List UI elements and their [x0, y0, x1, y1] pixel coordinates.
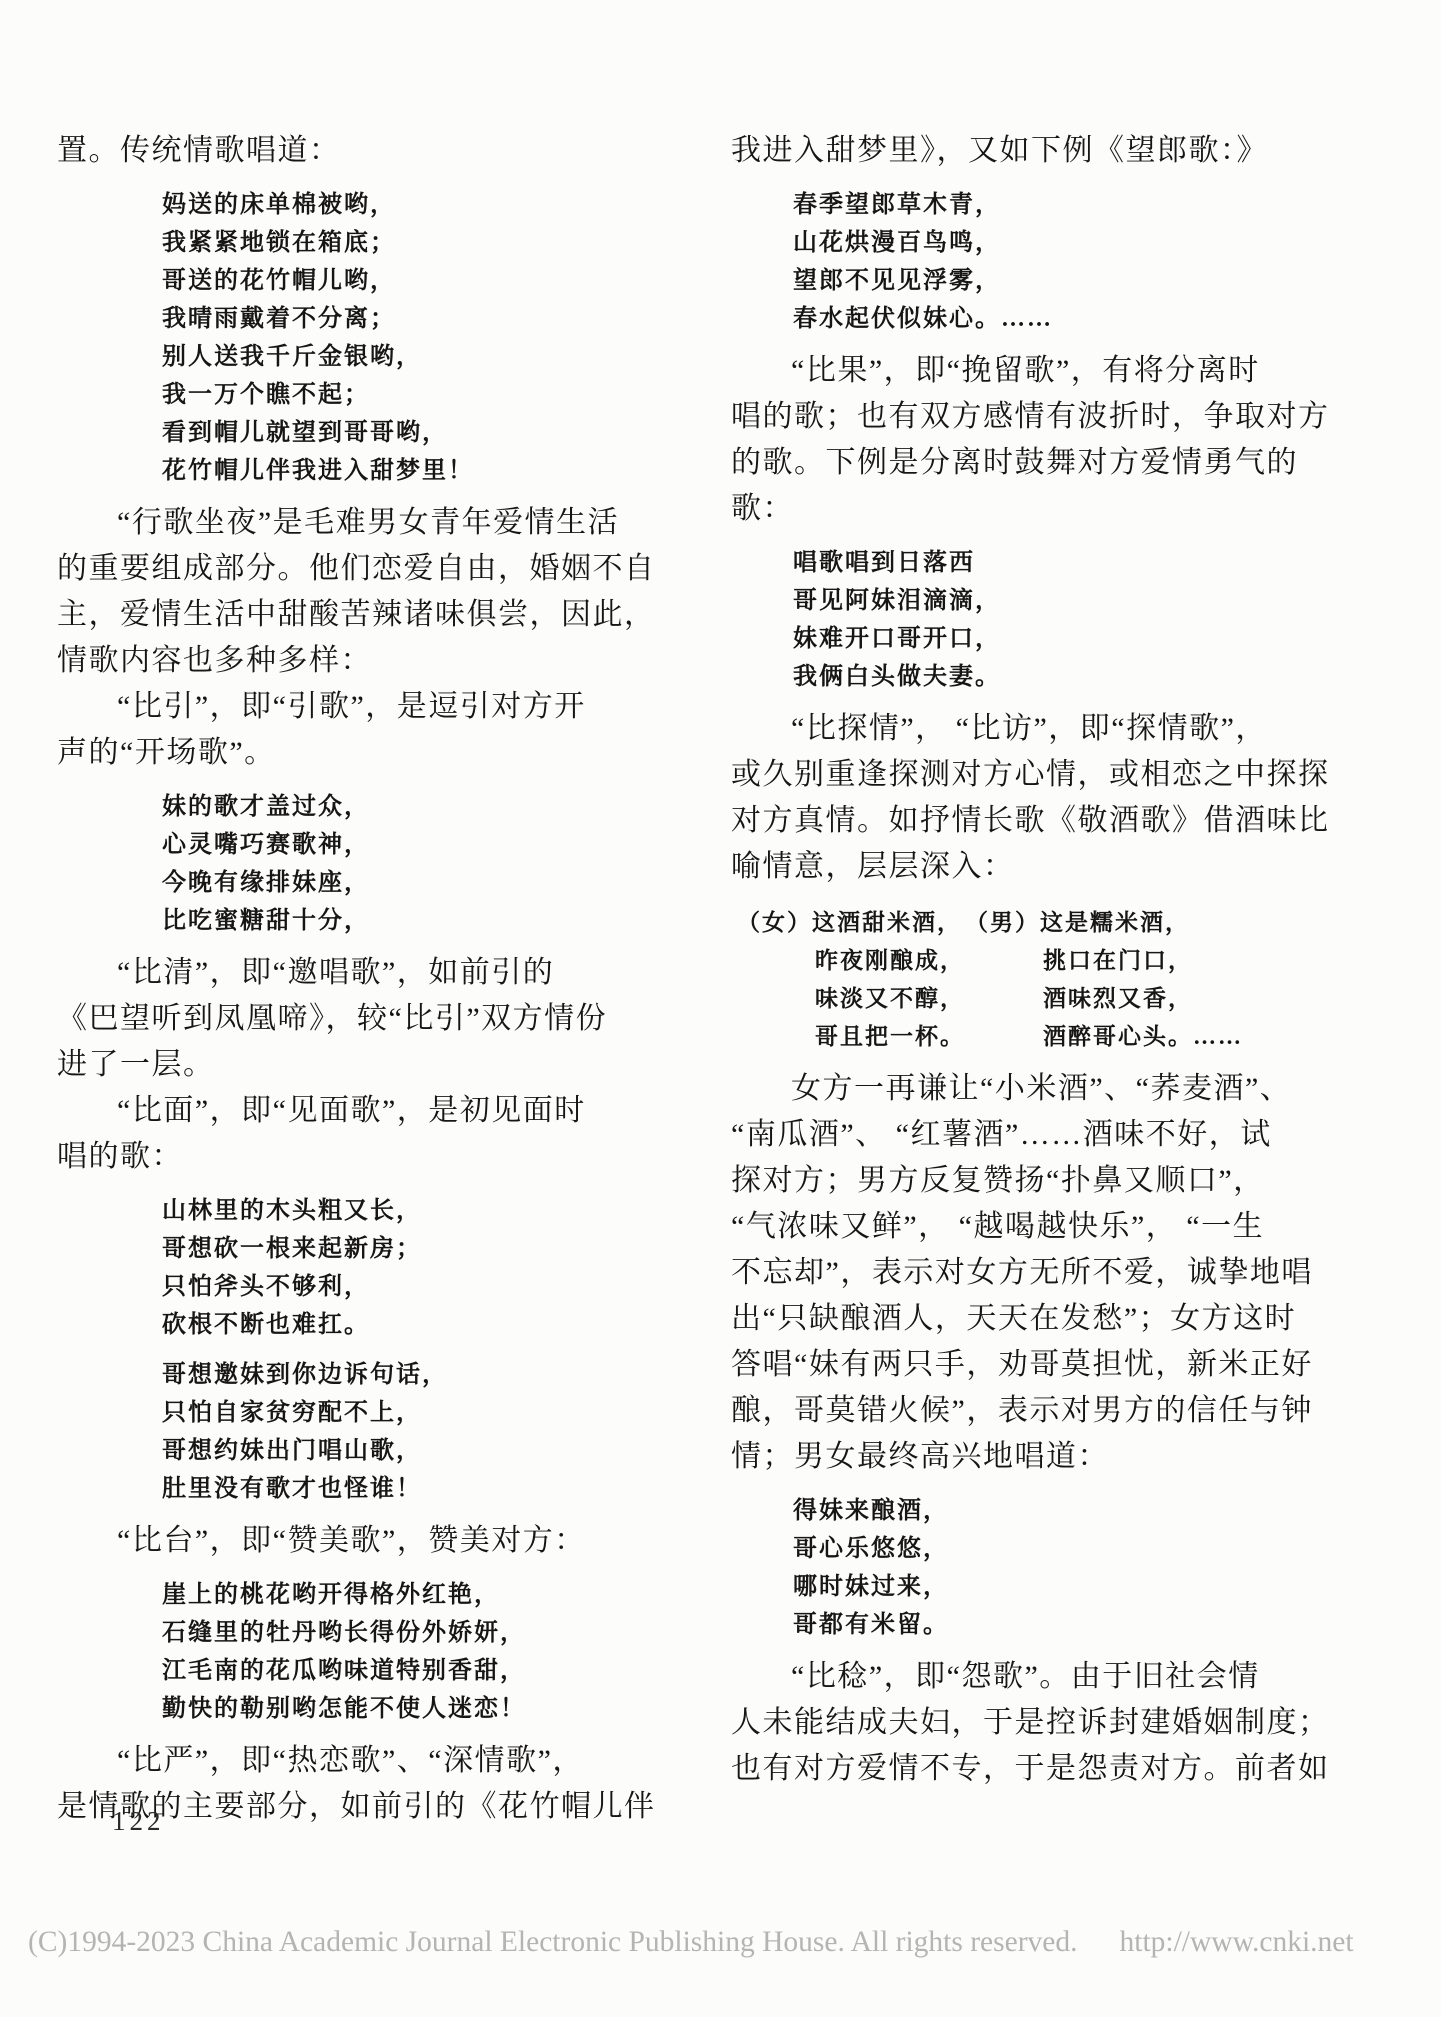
text-line: 的重要组成部分。他们恋爱自由，婚姻不自	[57, 546, 697, 592]
poem-line: 哥见阿妹泪滴滴，	[793, 582, 1401, 620]
paragraph: 置。传统情歌唱道：	[57, 128, 697, 174]
poem-line: 哥想砍一根来起新房；	[162, 1230, 697, 1268]
text-line: 我进入甜梦里》，又如下例《望郎歌：》	[731, 128, 1401, 174]
poem-line: （女）这酒甜米酒，	[737, 904, 965, 942]
text-line: 《巴望听到凤凰啼》，较“比引”双方情份	[57, 996, 697, 1042]
poem-line: 别人送我千斤金银哟，	[162, 338, 697, 376]
poem-line: 挑口在门口，	[1043, 942, 1243, 980]
poem-line: 哥都有米留。	[793, 1606, 1401, 1644]
poem-line: 今晚有缘排妹座，	[162, 864, 697, 902]
poem-line: 勤快的勒别哟怎能不使人迷恋！	[162, 1690, 697, 1728]
poem-stanza: 崖上的桃花哟开得格外红艳，石缝里的牡丹哟长得份外娇妍，江毛南的花瓜哟味道特别香甜…	[162, 1576, 697, 1728]
text-line: 不忘却”，表示对女方无所不爱，诚挚地唱	[731, 1250, 1401, 1296]
text-line: 主，爱情生活中甜酸苦辣诸味俱尝，因此，	[57, 592, 697, 638]
paragraph: “比面”，即“见面歌”，是初见面时唱的歌：	[57, 1088, 697, 1180]
couplet-male-part: （男）这是糯米酒，挑口在门口，酒味烈又香，酒醉哥心头。……	[965, 904, 1243, 1056]
poem-line: 得妹来酿酒，	[793, 1492, 1401, 1530]
text-line: 人未能结成夫妇，于是控诉封建婚姻制度；	[731, 1700, 1401, 1746]
poem-stanza: 得妹来酿酒，哥心乐悠悠，哪时妹过来，哥都有米留。	[793, 1492, 1401, 1644]
poem-stanza: 山林里的木头粗又长，哥想砍一根来起新房；只怕斧头不够利，砍根不断也难扛。	[162, 1192, 697, 1344]
paragraph: “比稔”，即“怨歌”。由于旧社会情人未能结成夫妇，于是控诉封建婚姻制度；也有对方…	[731, 1654, 1401, 1792]
poem-line: 只怕自家贫穷配不上，	[162, 1394, 697, 1432]
poem-line: 心灵嘴巧赛歌神，	[162, 826, 697, 864]
poem-line: 我一万个瞧不起；	[162, 376, 697, 414]
text-line: 的歌。下例是分离时鼓舞对方爱情勇气的	[731, 440, 1401, 486]
text-line: 唱的歌：	[57, 1134, 697, 1180]
poem-line: 望郎不见见浮雾，	[793, 262, 1401, 300]
poem-line: 崖上的桃花哟开得格外红艳，	[162, 1576, 697, 1614]
right-text-column: 我进入甜梦里》，又如下例《望郎歌：》春季望郎草木青，山花烘漫百鸟鸣，望郎不见见浮…	[731, 128, 1401, 1792]
poem-stanza: 妈送的床单棉被哟，我紧紧地锁在箱底；哥送的花竹帽儿哟，我晴雨戴着不分离；别人送我…	[162, 186, 697, 490]
poem-line: 春季望郎草木青，	[793, 186, 1401, 224]
text-line: 声的“开场歌”。	[57, 730, 697, 776]
text-line: 探对方；男方反复赞扬“扑鼻又顺口”，	[731, 1158, 1401, 1204]
text-line: 女方一再谦让“小米酒”、“荞麦酒”、	[731, 1066, 1401, 1112]
text-line: 出“只缺酿酒人，天天在发愁”；女方这时	[731, 1296, 1401, 1342]
paragraph: “行歌坐夜”是毛难男女青年爱情生活的重要组成部分。他们恋爱自由，婚姻不自主，爱情…	[57, 500, 697, 684]
text-line: 喻情意，层层深入：	[731, 844, 1401, 890]
text-line: “比清”，即“邀唱歌”，如前引的	[57, 950, 697, 996]
poem-line: 山林里的木头粗又长，	[162, 1192, 697, 1230]
poem-line: 唱歌唱到日落西	[793, 544, 1401, 582]
text-line: “比台”，即“赞美歌”，赞美对方：	[57, 1518, 697, 1564]
left-text-column: 置。传统情歌唱道：妈送的床单棉被哟，我紧紧地锁在箱底；哥送的花竹帽儿哟，我晴雨戴…	[57, 128, 697, 1830]
poem-line: 江毛南的花瓜哟味道特别香甜，	[162, 1652, 697, 1690]
poem-line: 哥想邀妹到你边诉句话，	[162, 1356, 697, 1394]
text-line: “比引”，即“引歌”，是逗引对方开	[57, 684, 697, 730]
paragraph: 我进入甜梦里》，又如下例《望郎歌：》	[731, 128, 1401, 174]
copyright-watermark: (C)1994-2023 China Academic Journal Elec…	[28, 1926, 1418, 1959]
paragraph: “比引”，即“引歌”，是逗引对方开声的“开场歌”。	[57, 684, 697, 776]
poem-line: 妹难开口哥开口，	[793, 620, 1401, 658]
text-line: 对方真情。如抒情长歌《敬酒歌》借酒味比	[731, 798, 1401, 844]
poem-line: 哥想约妹出门唱山歌，	[162, 1432, 697, 1470]
text-line: 进了一层。	[57, 1042, 697, 1088]
copyright-text: (C)1994-2023 China Academic Journal Elec…	[28, 1926, 1078, 1958]
poem-line: 哪时妹过来，	[793, 1568, 1401, 1606]
text-line: “比面”，即“见面歌”，是初见面时	[57, 1088, 697, 1134]
poem-stanza: 春季望郎草木青，山花烘漫百鸟鸣，望郎不见见浮雾，春水起伏似妹心。……	[793, 186, 1401, 338]
text-line: 答唱“妹有两只手，劝哥莫担忧，新米正好	[731, 1342, 1401, 1388]
poem-line: 味淡又不醇，	[815, 980, 965, 1018]
poem-line: 我晴雨戴着不分离；	[162, 300, 697, 338]
poem-line: （男）这是糯米酒，	[965, 904, 1243, 942]
poem-line: 我俩白头做夫妻。	[793, 658, 1401, 696]
text-line: 或久别重逢探测对方心情，或相恋之中探探	[731, 752, 1401, 798]
paragraph: “比台”，即“赞美歌”，赞美对方：	[57, 1518, 697, 1564]
poem-line: 比吃蜜糖甜十分，	[162, 902, 697, 940]
paragraph: “比果”，即“挽留歌”，有将分离时唱的歌；也有双方感情有波折时，争取对方的歌。下…	[731, 348, 1401, 532]
text-line: 唱的歌；也有双方感情有波折时，争取对方	[731, 394, 1401, 440]
poem-line: 砍根不断也难扛。	[162, 1306, 697, 1344]
couplet-female-part: （女）这酒甜米酒，昨夜刚酿成，味淡又不醇，哥且把一杯。	[737, 904, 965, 1056]
page-number: 122	[112, 1806, 165, 1837]
text-line: 情歌内容也多种多样：	[57, 638, 697, 684]
watermark-url: http://www.cnki.net	[1120, 1926, 1354, 1958]
poem-line: 昨夜刚酿成，	[815, 942, 965, 980]
poem-line: 春水起伏似妹心。……	[793, 300, 1401, 338]
poem-line: 山花烘漫百鸟鸣，	[793, 224, 1401, 262]
text-line: 也有对方爱情不专，于是怨责对方。前者如	[731, 1746, 1401, 1792]
speaker-label: （女）	[737, 904, 812, 942]
poem-line: 我紧紧地锁在箱底；	[162, 224, 697, 262]
paragraph: 女方一再谦让“小米酒”、“荞麦酒”、“南瓜酒”、 “红薯酒”……酒味不好，试探对…	[731, 1066, 1401, 1480]
couplet-stanza: （女）这酒甜米酒，昨夜刚酿成，味淡又不醇，哥且把一杯。（男）这是糯米酒，挑口在门…	[737, 904, 1401, 1056]
text-line: 酿，哥莫错火候”，表示对男方的信任与钟	[731, 1388, 1401, 1434]
speaker-label: （男）	[965, 904, 1040, 942]
text-line: “比严”，即“热恋歌”、“深情歌”，	[57, 1738, 697, 1784]
poem-line: 哥送的花竹帽儿哟，	[162, 262, 697, 300]
poem-line: 哥且把一杯。	[815, 1018, 965, 1056]
text-line: 歌：	[731, 486, 1401, 532]
paragraph: “比清”，即“邀唱歌”，如前引的《巴望听到凤凰啼》，较“比引”双方情份进了一层。	[57, 950, 697, 1088]
poem-line: 花竹帽儿伴我进入甜梦里！	[162, 452, 697, 490]
text-line: 情；男女最终高兴地唱道：	[731, 1434, 1401, 1480]
poem-line: 石缝里的牡丹哟长得份外娇妍，	[162, 1614, 697, 1652]
poem-stanza: 哥想邀妹到你边诉句话，只怕自家贫穷配不上，哥想约妹出门唱山歌，肚里没有歌才也怪谁…	[162, 1356, 697, 1508]
scanned-document-page: 置。传统情歌唱道：妈送的床单棉被哟，我紧紧地锁在箱底；哥送的花竹帽儿哟，我晴雨戴…	[0, 0, 1441, 2017]
poem-line: 只怕斧头不够利，	[162, 1268, 697, 1306]
text-line: 置。传统情歌唱道：	[57, 128, 697, 174]
poem-line: 看到帽儿就望到哥哥哟，	[162, 414, 697, 452]
text-line: “行歌坐夜”是毛难男女青年爱情生活	[57, 500, 697, 546]
text-line: “比探情”， “比访”，即“探情歌”，	[731, 706, 1401, 752]
poem-line: 酒味烈又香，	[1043, 980, 1243, 1018]
poem-line: 酒醉哥心头。……	[1043, 1018, 1243, 1056]
poem-line: 哥心乐悠悠，	[793, 1530, 1401, 1568]
poem-stanza: 妹的歌才盖过众，心灵嘴巧赛歌神，今晚有缘排妹座，比吃蜜糖甜十分，	[162, 788, 697, 940]
poem-line: 妹的歌才盖过众，	[162, 788, 697, 826]
text-line: “气浓味又鲜”， “越喝越快乐”， “一生	[731, 1204, 1401, 1250]
poem-stanza: 唱歌唱到日落西哥见阿妹泪滴滴，妹难开口哥开口，我俩白头做夫妻。	[793, 544, 1401, 696]
poem-line: 肚里没有歌才也怪谁！	[162, 1470, 697, 1508]
text-line: “比稔”，即“怨歌”。由于旧社会情	[731, 1654, 1401, 1700]
paragraph: “比探情”， “比访”，即“探情歌”，或久别重逢探测对方心情，或相恋之中探探对方…	[731, 706, 1401, 890]
poem-line: 妈送的床单棉被哟，	[162, 186, 697, 224]
text-line: “南瓜酒”、 “红薯酒”……酒味不好，试	[731, 1112, 1401, 1158]
text-line: “比果”，即“挽留歌”，有将分离时	[731, 348, 1401, 394]
